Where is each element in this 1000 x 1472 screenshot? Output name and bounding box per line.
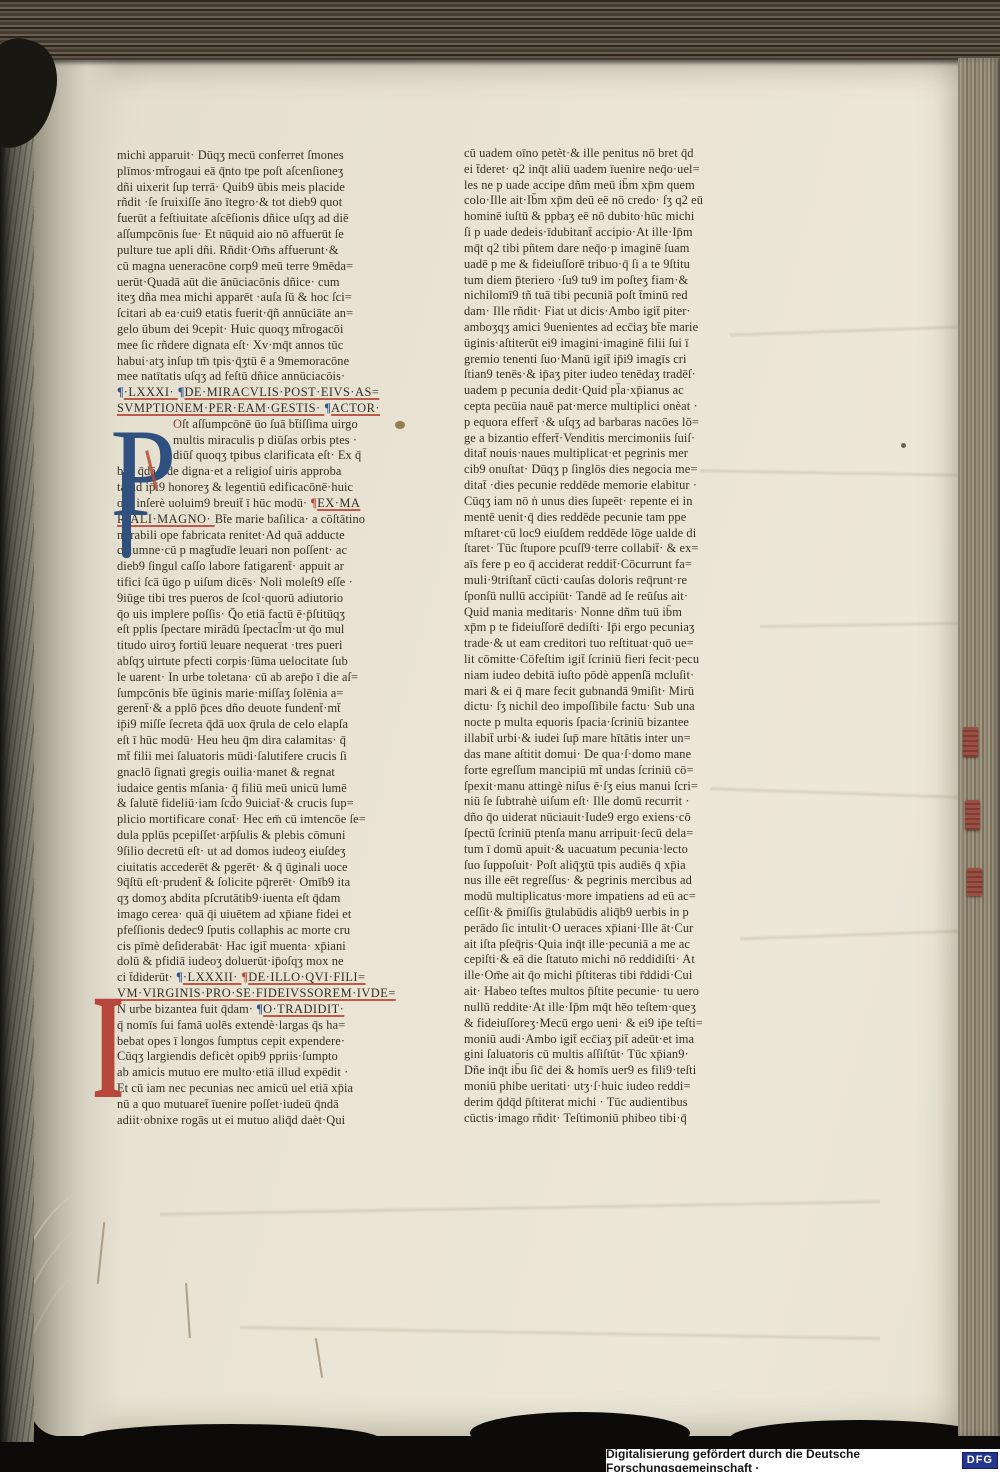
text-column-left: michi apparuit· Dūqʒ mecū conferret ſmon… [117,148,437,1128]
text-line: tifici ſcā ūgo p uiſum dicēs· Noli moleſ… [117,575,437,591]
text-line: Cūqʒ iam nō ṅ unus dies ſupeēt· repente … [464,494,800,510]
text-line: ge a bizantio effert̄·Venditis mercimoni… [464,431,800,447]
text-line: das mane aſtitit domui· De qua·ſ·domo ma… [464,747,800,763]
text-line: moniū phibe ueritati· utʒ·ſ·huic iudeo r… [464,1079,800,1095]
fore-edge-tab [963,727,978,757]
text-line: amboʒqʒ amici 9uenientes ad ecc̄iaʒ bt̄e… [464,320,800,336]
text-line: ūginis·aſtiterūt ei9 imagini·imaginē fil… [464,336,800,352]
text-line: mari & ei q̄ mare fecit gubnandā 9miſit·… [464,684,800,700]
text-line: adiit·obnixe rogās ut ei mutuo aliq̄d da… [117,1113,437,1129]
text-line: mt̄ filii mei ſaluatoris mūdi·ſalutifere… [117,749,437,765]
pilcrow-mark: ¶ [117,385,124,399]
text-line: columne·cū p magt̄udīe leuari non poſſen… [117,543,437,559]
text-line: forte egreſſum mancipiū mt̄ undas ſcrini… [464,763,800,779]
text-line: cepiſti·& eā die ſtatuto michi nō reddid… [464,952,800,968]
text-line: hominē iuſtū & ppbaʒ eē nō dubito·hūc mi… [464,209,800,225]
text-line: ceſſit·& p̄miſſis ḡtulabūdis aliq̄b9 uer… [464,905,800,921]
pilcrow-mark: ¶ [176,970,183,984]
body-segment: ci t̄diderūt· [117,970,176,984]
facing-page-shadow [0,52,34,1442]
heading-segment: DE·ILLO·QVI·FILI= [248,970,365,984]
text-line: fuerūt a feſtiuitate aſcēſionis dñice uſ… [117,211,437,227]
text-line: 9q̄ſtū eſt·prudent̄ & ſolicite pq̄rerēt·… [117,875,437,891]
text-line: pulture tue apli dñi. Rñdit·Om̄s affueru… [117,243,437,259]
text-line: ci t̄diderūt· ¶·LXXXII· ¶DE·ILLO·QVI·FIL… [117,970,437,986]
text-line: gelo ūbum dei 9cepit· Huic quoqʒ mt̄roga… [117,322,437,338]
text-line: uerūt·Quadā aūt die ānūciacōnis dñice· c… [117,275,437,291]
text-line: abſqʒ uirtute pfecti corpis·ſūma uelocit… [117,654,437,670]
text-line: Dñe inq̄t ib̄u ſic̄ dei & homīs uer9 es … [464,1063,800,1079]
heading-segment: ·LXXXI· [124,385,178,399]
text-line: VM·VIRGINIS·PRO·SE·FIDEIVSSOREM·IVDE= [117,986,437,1002]
text-line: le uarent· In urbe toletana· cū ab arep̄… [117,670,437,686]
text-line: cepta pecūia nauē pat·merce multiplici o… [464,399,800,415]
text-line: derim q̄dq̄d p̄ſtiterat michi · Tūc audi… [464,1095,800,1111]
book-scan-photo: michi apparuit· Dūqʒ mecū conferret ſmon… [0,0,1000,1472]
text-line: pfeſſionis dedec9 ſputis collaphis ac mo… [117,923,437,939]
text-line: ¶·LXXXI· ¶DE·MIRACVLIS·POST·EIVS·AS= [117,385,437,401]
ink-stain [395,421,405,429]
text-line: trade·& ut eam creditori tuo reſtituat·q… [464,636,800,652]
digitization-credit-bar: Digitalisierung gefördert durch die Deut… [606,1449,1000,1472]
text-line: uadē p me & fideiuſſorē tribuo·q̄ ſi a t… [464,257,800,273]
text-line: rñdit ·ſe ſruixiſſe āno ītegro·& tot die… [117,195,437,211]
text-line: dño q̄o uiderat nūciauit·Iude9 ergo exie… [464,810,800,826]
text-line: colo·Ille ait·Ib̄m xp̄m deū eē nō credo·… [464,193,800,209]
text-line: muli·9triſtant̄ cūcti·cauſas doloris req… [464,573,800,589]
initial-letter-p-stem [122,472,131,558]
body-segment: diūſ quoqʒ tpibus clarificata eſt· Ex q̄ [173,448,361,462]
text-line: perādo ſic intulit·O ueraces xp̄iani·Ill… [464,921,800,937]
text-line: modū multiplicatus·more impatiens ad eū … [464,889,800,905]
text-line: ſtian9 tenēs·& ip̄aʒ piter iudeo tenēdaʒ… [464,367,800,383]
text-line: nullū reddite·At ille·Ip̄m mq̄t hēo teſt… [464,1000,800,1016]
text-line: mſtaret·cū loc9 eiuſdem reddēde lōge ual… [464,526,800,542]
text-line: mentē uenit·q̄ dies reddēde pecunie tam … [464,510,800,526]
text-line: N urbe bizantea fuit q̄dam· ¶O·TRADIDIT· [117,1002,437,1018]
text-line: niū ſe ſubtrahè uiſum eſt· Ille domū rec… [464,794,800,810]
text-line: niam iudeo debitā iuſto pōdè appenſā mcl… [464,668,800,684]
text-line: iteʒ dña mea michi apparēt ·auſa ſū & ho… [117,290,437,306]
text-line: ait iſta pſeq̄ris·Quia inq̄t ille·pecuni… [464,937,800,953]
text-line: q̄o uis implere poſſis· Q̄o etiā factū ē… [117,607,437,623]
text-line: ſpexit·manu attingè niſus ē·ſʒ eius manu… [464,779,800,795]
text-line: plīmos·mt̄rogaui eā q̄nto tpe poſt aſcen… [117,164,437,180]
text-line: aīs fere p eo q̄ acciderat reddit̄·Cōcur… [464,557,800,573]
text-line: nū a quo mutuaret̄ īuenire poſſet·iudeū … [117,1097,437,1113]
text-line: q̄ nomīs ſui famā uolēs extendè·largas q… [117,1018,437,1034]
text-line: ſi p uade dedeis·īdubitant̄ accipio·At i… [464,225,800,241]
text-line: tum diem p̄teriero ·ſu9 tu9 im poſteʒ fi… [464,273,800,289]
text-line: nocte p multa equoris ſpacia·ſcriniū biz… [464,715,800,731]
text-line: ſuo ſuppoſuit· Poſt aliq̄ʒtū tpis audiēs… [464,858,800,874]
text-line: cū uadem oīno petèt·& ille penitus nō br… [464,146,800,162]
text-line: illabit̄ urbi·& iudei ſup̄ mare hītātis … [464,731,800,747]
text-line: p equora effert̄ ·& uſqʒ ad barbaras nac… [464,415,800,431]
body-segment: N urbe bizantea fuit q̄dam· [117,1002,256,1016]
text-line: & fideiuſſoreʒ·Mecū ergo ueni· & ei9 ip̄… [464,1016,800,1032]
body-segment: multis miraculis p diūſas orbis ptes · [173,433,357,447]
text-line: cib9 onuſtat· Dūqʒ p ſinglōs dies negoci… [464,462,800,478]
text-line: ip̄i9 miſſe ſecreta q̄dā uox q̄rula de c… [117,717,437,733]
text-line: dñi uixerit ſup terrā· Quib9 ūbis meis p… [117,180,437,196]
fore-edge-tab [965,800,980,830]
text-line: imago cerea· quā q̄i uiuētem ad xp̄iane … [117,907,437,923]
text-line: eſt pplis ſpectare mirādū ſpectacl̄m·ut … [117,622,437,638]
body-segment: ſt aſſumpcōnē ūo ſuā bt̄iſſima uirgo [182,417,358,431]
text-line: bebat opes ī longos ſumptus cepit expend… [117,1034,437,1050]
text-line: dolū & pfidiā iudeoʒ doluerūt·ip̄oſqʒ mo… [117,954,437,970]
text-line: qʒ domoʒ abdita pſcrutātib9·iuenta eſt q… [117,891,437,907]
text-line: gnaclō ſignati gregis ouilia·manet & reg… [117,765,437,781]
text-line: uadem p pecunia dedit·Quid pl̄a·xp̄ianus… [464,383,800,399]
text-line: plicio mortificare conat̄· Hec em̄ cū im… [117,812,437,828]
text-line: moniū audi·Ambo igit̄ ecc̄iaʒ pit̄ adeūt… [464,1032,800,1048]
text-line: nichilomī9 tñ tuā tibi pecuniā poſt t̄mi… [464,288,800,304]
heading-segment: VM·VIRGINIS·PRO·SE·FIDEIVSSOREM·IVDE= [117,986,396,1000]
heading-segment: ACTOR· [331,401,380,415]
text-line: lit cōmitte·Cōfeſtim igit̄ ſcriniū fieri… [464,652,800,668]
text-line: eſt ī hūc modū· Heu heu q̄m dira calamit… [117,733,437,749]
text-line: mee ſic rñdere dignata eſt· Xv·mq̄t anno… [117,338,437,354]
body-segment: Bt̄e marie baſilica· a cōſtātino [215,512,365,526]
text-line: gini ſaluatoris cū multis aſſiſtūt· Tūc … [464,1047,800,1063]
text-line: tum ī domū apuit·& uacuatum pecunia·lect… [464,842,800,858]
text-line: dictu· ſʒ nichil deo impoſſibile factu· … [464,699,800,715]
text-line: titudo uiroʒ fortiū leuare nequerat ·tre… [117,638,437,654]
initial-letter-p: P [110,410,177,536]
text-line: Et cū iam nec pecunias nec amicū uel eti… [117,1081,437,1097]
text-line: aſſumpcōnis ſue· Et nūquid aio nō affuer… [117,227,437,243]
page-bottom-wave [80,1424,380,1454]
text-line: michi apparuit· Dūqʒ mecū conferret ſmon… [117,148,437,164]
text-line: gerent̄·& a pplō p̄ces dño deuote funden… [117,701,437,717]
text-line: ait· Habeo teſtes multos p̄ſtite pecunie… [464,984,800,1000]
book-top-edge [0,0,1000,60]
heading-segment: O·TRADIDIT· [263,1002,344,1016]
text-line: ſcitari ab ea·cui9 etatis fuerit·q̄ñ ann… [117,306,437,322]
text-line: dieb9 ſingul caſſo labore fatigarent̄· a… [117,559,437,575]
text-line: les ne p uade accipe dñm meū ib̄m xp̄m q… [464,178,800,194]
text-line: ab amicis mutuo ere multo·etiā illud exp… [117,1065,437,1081]
text-line: ille·Om̄e ait q̄o michi p̄ſtiteras tibi … [464,968,800,984]
text-line: Quid mania meditaris· Nonne dñm tuū ib̄m [464,605,800,621]
text-line: ſtaret· Tūc ſtupore pcuſſ9·terre collabi… [464,541,800,557]
text-line: cis pīmè deſiderabāt· Hac igit̄ muenta· … [117,939,437,955]
text-line: cū magna ueneracōne corp9 meū terre 9mēd… [117,259,437,275]
text-line: ſponſū nullū accipiūt· Tandē ad ſe reūſu… [464,589,800,605]
spot-stain [901,443,906,448]
text-line: habui·atʒ inſup tm̄ tpis·q̄ʒtū ē a 9memo… [117,354,437,370]
text-line: ditat̄ nouis·naues multiplicat·et pegrin… [464,446,800,462]
text-line: mee natītatis uſqʒ ad feſtū dñice annūci… [117,369,437,385]
text-line: cūctis·imago rñdit· Teſtimoniū phibeo ti… [464,1111,800,1127]
heading-segment: DE·MIRACVLIS·POST·EIVS·AS= [184,385,379,399]
initial-letter-i: I [92,972,124,1122]
text-line: dula pplūs pcepiſſet·arp̄ſulis & plebis … [117,828,437,844]
text-line: gremio tenenti ſuo·Manū igit̄ ip̄i9 imag… [464,352,800,368]
text-line: 9ſilio decretū eſt· ut ad domos iudeoʒ e… [117,844,437,860]
text-line: & ſalutē fideliū·iam ſcd̄o 9uiciat̄·& cr… [117,796,437,812]
heading-segment: ·LXXXII· [183,970,242,984]
fore-edge-tab [967,868,982,896]
text-line: nus ille eēt regreſſus· & pegrinis merci… [464,873,800,889]
text-column-right: cū uadem oīno petèt·& ille penitus nō br… [464,146,800,1126]
dfg-logo: DFG [962,1452,998,1469]
text-line: ei t̄deret· q2 inq̄t aliū uadem īuenire … [464,162,800,178]
credit-text: Digitalisierung gefördert durch die Deut… [606,1447,957,1472]
text-line: ditat̄ ·dies pecunie reddēde memorie ela… [464,478,800,494]
text-line: ſumpcōnis bt̄e ūginis marie·miſſaʒ ſolēn… [117,686,437,702]
text-line: mq̄t q2 tibi pñtem dare neq̄o·p imaginē … [464,241,800,257]
text-line: Cūqʒ largiendis deficèt opib9 ppriis·ſum… [117,1049,437,1065]
text-line: iudaice gentis mſania· q̄ filiū meū unic… [117,781,437,797]
heading-segment: EX·MA [317,496,360,510]
text-line: ciuitatis accederēt & pgerēt· & q̄ ūgina… [117,860,437,876]
text-line: ſpectū ſcriniū ptenſa manu arripuit·ſecū… [464,826,800,842]
text-line: 9iūge tibi tres pueros de ſcol·quorū adi… [117,591,437,607]
text-line: dam· Ille rñdit· Fiat ut dicis·Ambo igit… [464,304,800,320]
text-line: xp̄m p te fideiuſſorē dediſti· Ip̄i ergo… [464,620,800,636]
